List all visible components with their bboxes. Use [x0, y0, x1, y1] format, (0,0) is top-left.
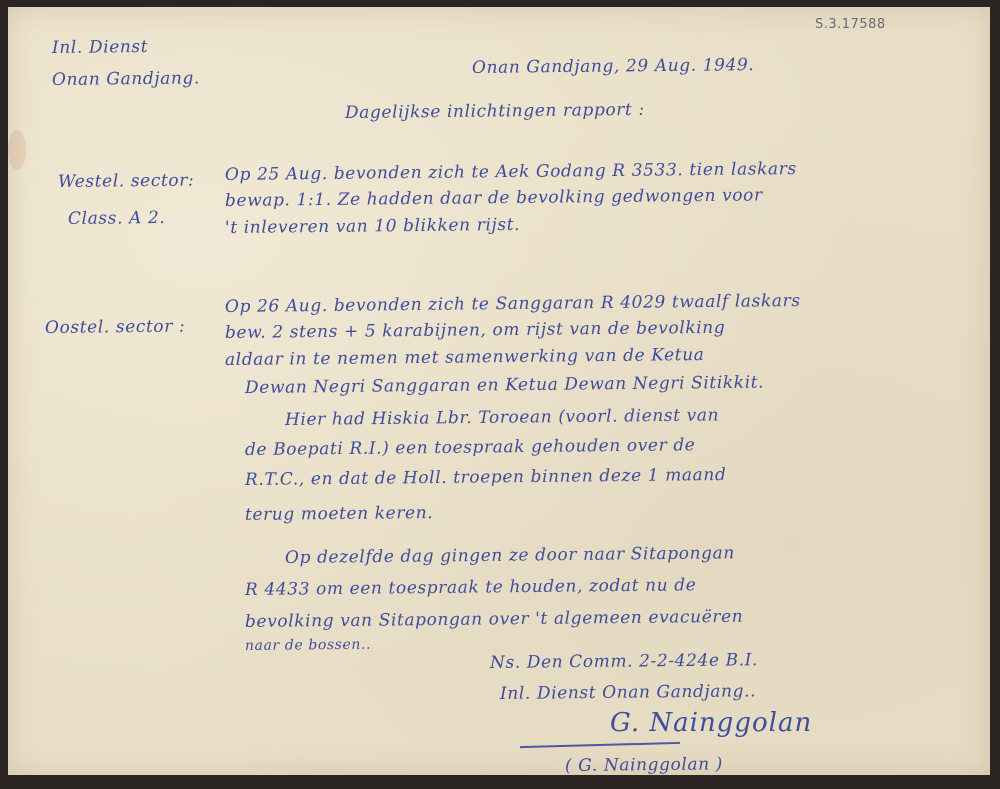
handwritten-signature: G. Nainggolan: [610, 708, 812, 738]
section-label-east: Oostel. sector :: [45, 317, 185, 338]
printed-name: ( G. Nainggolan ): [565, 754, 723, 776]
east-line-8: terug moeten keren.: [245, 503, 433, 525]
signature-line-2: Inl. Dienst Onan Gandjang..: [500, 681, 756, 704]
report-title: Dagelijkse inlichtingen rapport :: [345, 100, 645, 123]
signature-line-1: Ns. Den Comm. 2-2-424e B.I.: [490, 650, 758, 673]
place-and-date: Onan Gandjang, 29 Aug. 1949.: [472, 55, 755, 78]
archive-reference-number: S.3.17588: [815, 17, 886, 32]
paper-stain: [8, 130, 26, 170]
classification-label: Class. A 2.: [68, 208, 166, 229]
east-line-12: naar de bossen..: [245, 637, 371, 654]
sender-line-2: Onan Gandjang.: [52, 68, 200, 90]
west-line-3: 't inleveren van 10 blikken rijst.: [225, 215, 520, 238]
section-label-west: Westel. sector:: [58, 171, 194, 192]
sender-line-1: Inl. Dienst: [52, 37, 148, 58]
